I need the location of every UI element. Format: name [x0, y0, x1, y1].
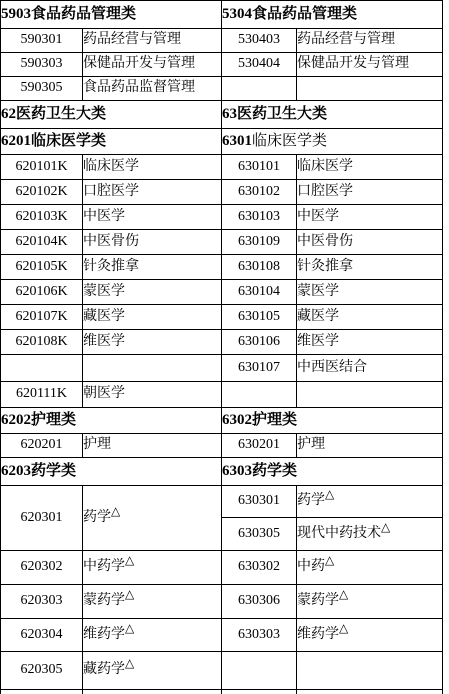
table-row: 630107 中西医结合 [1, 355, 443, 382]
new-name-cell: 中医骨伤 [297, 230, 443, 255]
name-text: 食品药品监督管理 [83, 80, 195, 95]
old-code-cell: 620103K [1, 205, 83, 230]
table-row: 620302 中药学△ 630302 中药△ [1, 551, 443, 585]
new-name-cell: 临床医学 [297, 155, 443, 180]
section-header-row: 62医药卫生大类 63医药卫生大类 [1, 101, 443, 129]
name-text: 护理 [83, 437, 111, 452]
old-name-cell: 中医学 [83, 205, 222, 230]
old-name-cell: 口腔医学 [83, 180, 222, 205]
old-code-cell: 620101K [1, 155, 83, 180]
new-code-cell-empty [222, 77, 297, 101]
name-text: 中医骨伤 [83, 234, 139, 249]
name-text: 蒙药学 [83, 593, 125, 608]
name-text: 针灸推拿 [297, 259, 353, 274]
name-text: 朝医学 [83, 386, 125, 401]
new-name-cell: 保健品开发与管理 [297, 53, 443, 77]
new-code-cell: 630109 [222, 230, 297, 255]
table-row: 620111K 朝医学 [1, 382, 443, 408]
old-code-cell: 620304 [1, 619, 83, 652]
section-header-row: 5903食品药品管理类 5304食品药品管理类 [1, 1, 443, 29]
old-name-cell-empty [83, 690, 222, 694]
name-text: 药学 [83, 510, 111, 525]
new-code-cell: 530403 [222, 29, 297, 53]
table-row: 620201 护理 630201 护理 [1, 434, 443, 458]
name-text: 维医学 [83, 334, 125, 349]
new-code-cell-empty [222, 690, 297, 694]
table-row: 620301 药学△ 630301 药学△ [1, 486, 443, 518]
name-text: 药品经营与管理 [297, 32, 395, 47]
new-name-cell: 藏医学 [297, 305, 443, 330]
new-code-cell: 630303 [222, 619, 297, 652]
new-code-cell: 630306 [222, 585, 297, 619]
old-code-cell: 590303 [1, 53, 83, 77]
old-name-cell: 药品经营与管理 [83, 29, 222, 53]
new-code-cell: 630302 [222, 551, 297, 585]
new-code-cell: 630107 [222, 355, 297, 382]
header-code-text: 6301 [222, 133, 252, 149]
new-name-cell: 中西医结合 [297, 355, 443, 382]
name-text: 藏医学 [297, 309, 339, 324]
old-code-cell: 620108K [1, 330, 83, 355]
name-text: 护理 [297, 437, 325, 452]
name-text: 中医学 [83, 209, 125, 224]
old-name-cell: 药学△ [83, 486, 222, 551]
old-name-cell: 蒙医学 [83, 280, 222, 305]
new-name-cell: 护理 [297, 434, 443, 458]
old-name-cell-empty [83, 355, 222, 382]
old-name-cell: 维医学 [83, 330, 222, 355]
old-code-cell-empty [1, 355, 83, 382]
new-name-cell: 中医学 [297, 205, 443, 230]
cut-off-row [1, 690, 443, 694]
name-text: 维药学 [297, 627, 339, 642]
old-code-cell: 620302 [1, 551, 83, 585]
table-row: 620107K 藏医学 630105 藏医学 [1, 305, 443, 330]
table-row: 620304 维药学△ 630303 维药学△ [1, 619, 443, 652]
old-name-cell: 维药学△ [83, 619, 222, 652]
name-text: 中西医结合 [297, 360, 367, 375]
section-header-new: 6302护理类 [222, 408, 443, 434]
name-text: 中药 [297, 559, 325, 574]
table-row: 620105K 针灸推拿 630108 针灸推拿 [1, 255, 443, 280]
name-text: 蒙医学 [83, 284, 125, 299]
old-code-cell: 620301 [1, 486, 83, 551]
table-row: 620303 蒙药学△ 630306 蒙药学△ [1, 585, 443, 619]
table-row: 620104K 中医骨伤 630109 中医骨伤 [1, 230, 443, 255]
name-text: 临床医学 [297, 159, 353, 174]
new-name-cell: 中药△ [297, 551, 443, 585]
table-row: 620102K 口腔医学 630102 口腔医学 [1, 180, 443, 205]
old-code-cell: 620104K [1, 230, 83, 255]
old-name-cell: 保健品开发与管理 [83, 53, 222, 77]
new-name-cell: 维医学 [297, 330, 443, 355]
new-code-cell: 630305 [222, 518, 297, 551]
table-row: 620101K 临床医学 630101 临床医学 [1, 155, 443, 180]
old-name-cell: 中药学△ [83, 551, 222, 585]
name-text: 药品经营与管理 [83, 32, 181, 47]
old-name-cell: 藏医学 [83, 305, 222, 330]
section-header-new: 6301临床医学类 [222, 129, 443, 155]
new-code-cell-empty [222, 652, 297, 690]
name-text: 口腔医学 [297, 184, 353, 199]
table-row: 590301 药品经营与管理 530403 药品经营与管理 [1, 29, 443, 53]
table-row: 620103K 中医学 630103 中医学 [1, 205, 443, 230]
name-text: 保健品开发与管理 [297, 56, 409, 71]
table-row: 620108K 维医学 630106 维医学 [1, 330, 443, 355]
old-name-cell: 食品药品监督管理 [83, 77, 222, 101]
name-text: 针灸推拿 [83, 259, 139, 274]
name-text: 临床医学 [83, 159, 139, 174]
new-name-cell: 药学△ [297, 486, 443, 518]
old-name-cell: 护理 [83, 434, 222, 458]
old-code-cell: 620102K [1, 180, 83, 205]
old-name-cell: 朝医学 [83, 382, 222, 408]
new-code-cell: 630201 [222, 434, 297, 458]
new-code-cell: 630101 [222, 155, 297, 180]
new-name-cell-empty [297, 652, 443, 690]
section-header-new: 5304食品药品管理类 [222, 1, 443, 29]
section-header-old: 6201临床医学类 [1, 129, 222, 155]
new-code-cell: 630301 [222, 486, 297, 518]
name-text: 保健品开发与管理 [83, 56, 195, 71]
old-name-cell: 蒙药学△ [83, 585, 222, 619]
new-name-cell-empty [297, 382, 443, 408]
table-row: 620106K 蒙医学 630104 蒙医学 [1, 280, 443, 305]
section-header-old: 6203药学类 [1, 458, 222, 486]
section-header-old: 62医药卫生大类 [1, 101, 222, 129]
section-header-old: 6202护理类 [1, 408, 222, 434]
name-text: 蒙药学 [297, 593, 339, 608]
new-name-cell: 维药学△ [297, 619, 443, 652]
section-header-new: 6303药学类 [222, 458, 443, 486]
name-text: 藏药学 [83, 662, 125, 677]
section-header-row: 6202护理类 6302护理类 [1, 408, 443, 434]
old-code-cell: 620111K [1, 382, 83, 408]
new-code-cell: 530404 [222, 53, 297, 77]
name-text: 维医学 [297, 334, 339, 349]
name-text: 中医骨伤 [297, 234, 353, 249]
header-name-text: 临床医学类 [252, 133, 327, 149]
name-text: 藏医学 [83, 309, 125, 324]
table-row: 620305 藏药学△ [1, 652, 443, 690]
old-code-cell: 590301 [1, 29, 83, 53]
major-code-comparison-table: 5903食品药品管理类 5304食品药品管理类 590301 药品经营与管理 5… [0, 0, 443, 694]
old-code-cell: 590305 [1, 77, 83, 101]
old-code-cell: 620106K [1, 280, 83, 305]
old-code-cell: 620303 [1, 585, 83, 619]
section-header-row: 6201临床医学类 6301临床医学类 [1, 129, 443, 155]
old-code-cell: 620201 [1, 434, 83, 458]
old-name-cell: 临床医学 [83, 155, 222, 180]
new-code-cell: 630108 [222, 255, 297, 280]
table-row: 590305 食品药品监督管理 [1, 77, 443, 101]
old-name-cell: 中医骨伤 [83, 230, 222, 255]
section-header-old: 5903食品药品管理类 [1, 1, 222, 29]
name-text: 维药学 [83, 627, 125, 642]
new-code-cell: 630102 [222, 180, 297, 205]
new-name-cell-empty [297, 690, 443, 694]
new-name-cell: 蒙医学 [297, 280, 443, 305]
name-text: 中医学 [297, 209, 339, 224]
table-row: 590303 保健品开发与管理 530404 保健品开发与管理 [1, 53, 443, 77]
name-text: 药学 [297, 493, 325, 508]
new-code-cell-empty [222, 382, 297, 408]
old-code-cell: 620107K [1, 305, 83, 330]
old-code-cell: 620305 [1, 652, 83, 690]
section-header-new: 63医药卫生大类 [222, 101, 443, 129]
section-header-row: 6203药学类 6303药学类 [1, 458, 443, 486]
old-code-cell: 620105K [1, 255, 83, 280]
old-name-cell: 针灸推拿 [83, 255, 222, 280]
new-name-cell: 口腔医学 [297, 180, 443, 205]
new-name-cell: 药品经营与管理 [297, 29, 443, 53]
new-name-cell: 蒙药学△ [297, 585, 443, 619]
document-page: 5903食品药品管理类 5304食品药品管理类 590301 药品经营与管理 5… [0, 0, 449, 694]
name-text: 蒙医学 [297, 284, 339, 299]
new-code-cell: 630105 [222, 305, 297, 330]
new-code-cell: 630104 [222, 280, 297, 305]
new-code-cell: 630103 [222, 205, 297, 230]
new-name-cell-empty [297, 77, 443, 101]
old-name-cell: 藏药学△ [83, 652, 222, 690]
name-text: 现代中药技术 [297, 526, 381, 541]
name-text: 中药学 [83, 559, 125, 574]
new-code-cell: 630106 [222, 330, 297, 355]
new-name-cell: 现代中药技术△ [297, 518, 443, 551]
name-text: 口腔医学 [83, 184, 139, 199]
new-name-cell: 针灸推拿 [297, 255, 443, 280]
old-code-cell-empty [1, 690, 83, 694]
